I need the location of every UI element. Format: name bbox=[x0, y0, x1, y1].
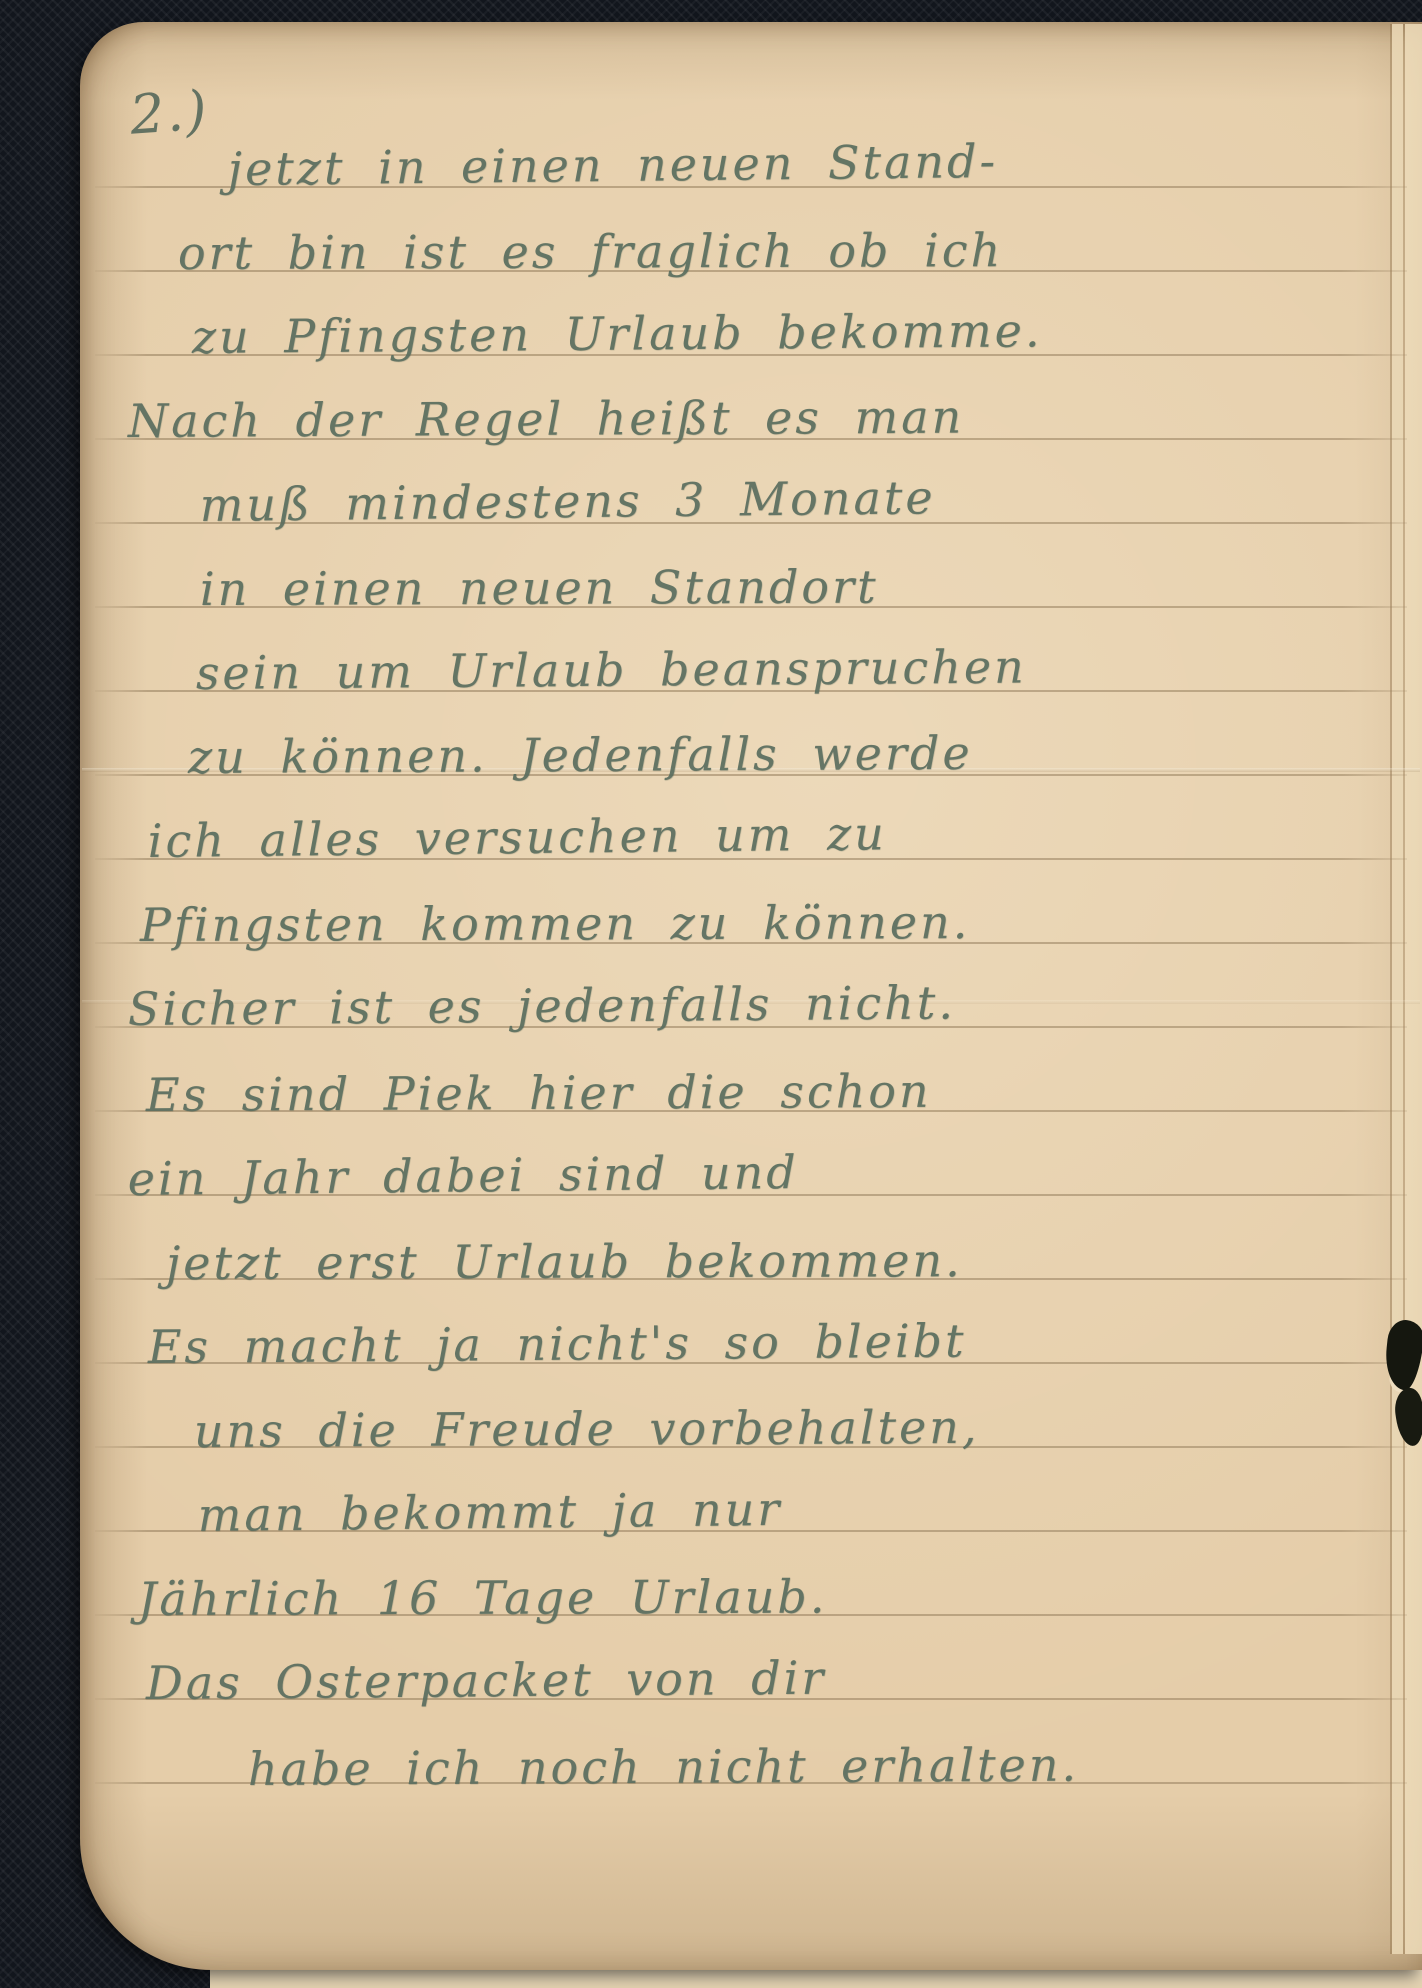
handwriting-line: jetzt erst Urlaub bekommen. bbox=[166, 1237, 963, 1286]
notebook-scene: 2.) jetzt in einen neuen Stand-ort bin i… bbox=[0, 0, 1422, 1988]
handwriting-line: uns die Freude vorbehalten, bbox=[194, 1404, 980, 1454]
handwriting-line: ich alles versuchen um zu bbox=[148, 810, 887, 864]
page-right-edge bbox=[1390, 24, 1422, 1954]
handwriting-line: jetzt in einen neuen Stand- bbox=[228, 138, 999, 192]
handwriting-line: Pfingsten kommen zu können. bbox=[140, 899, 971, 948]
handwriting-line: man bekommt ja nur bbox=[198, 1486, 783, 1538]
handwriting-line: Das Osterpacket von dir bbox=[146, 1655, 827, 1706]
handwriting-line: ein Jahr dabei sind und bbox=[128, 1149, 799, 1202]
handwriting-line: Sicher ist es jedenfalls nicht. bbox=[128, 979, 956, 1032]
handwriting-line: sein um Urlaub beanspruchen bbox=[196, 643, 1027, 696]
handwriting-line: zu Pfingsten Urlaub bekomme. bbox=[192, 307, 1043, 360]
handwriting-line: zu können. Jedenfalls werde bbox=[188, 730, 973, 780]
handwriting-line: Nach der Regel heißt es man bbox=[128, 394, 965, 444]
handwriting-line: Es macht ja nicht's so bleibt bbox=[148, 1318, 967, 1370]
handwriting-line: Es sind Piek hier die schon bbox=[146, 1068, 932, 1118]
handwriting-line: ort bin ist es fraglich ob ich bbox=[178, 227, 1003, 276]
handwriting-line: habe ich noch nicht erhalten. bbox=[248, 1742, 1079, 1792]
handwriting-line: in einen neuen Standort bbox=[200, 564, 879, 612]
page-number: 2.) bbox=[128, 83, 210, 142]
handwriting-line: Jährlich 16 Tage Urlaub. bbox=[138, 1574, 828, 1622]
handwriting-line: muß mindestens 3 Monate bbox=[200, 474, 936, 528]
